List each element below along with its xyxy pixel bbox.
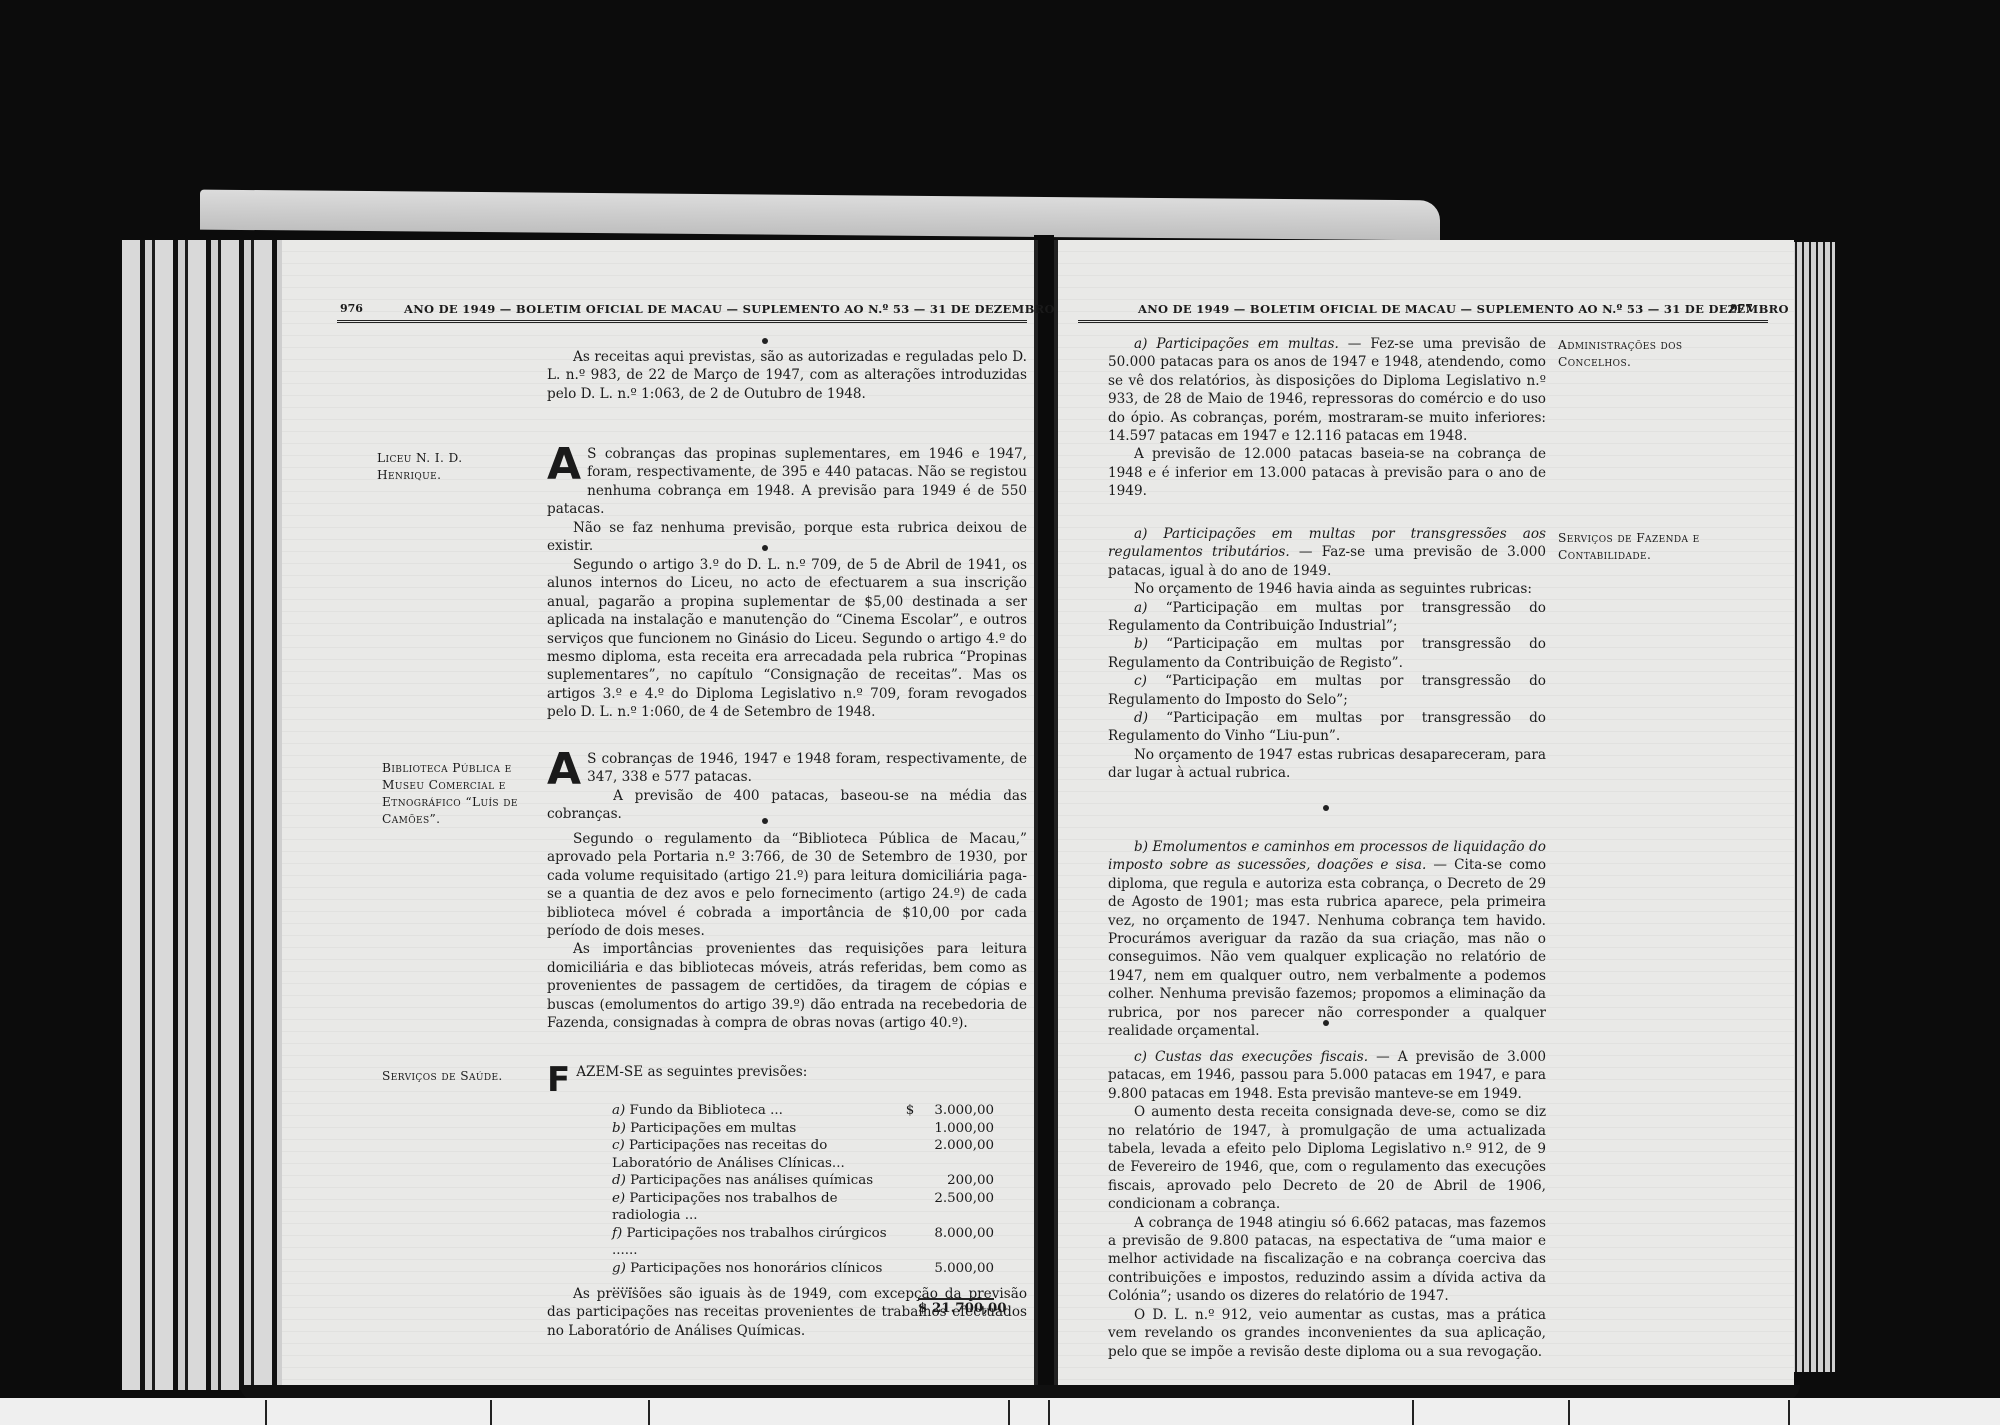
- section-liceu: AS cobranças das propinas suplementares,…: [547, 445, 1027, 555]
- paragraph: c) “Participação em multas por transgres…: [1108, 672, 1546, 709]
- rail-tick: [1412, 1400, 1414, 1425]
- section-bullet: [1323, 805, 1329, 811]
- dropcap: A: [547, 447, 581, 483]
- side-heading-saude: Serviços de Saúde.: [382, 1068, 532, 1085]
- header-rule: [1078, 320, 1768, 323]
- side-heading-biblioteca: Biblioteca Pública e Museu Comercial e E…: [382, 760, 532, 828]
- section-bullet: [762, 545, 768, 551]
- table-row: d) Participações nas análises químicas20…: [612, 1172, 994, 1190]
- item-amount: 1.000,00: [918, 1120, 994, 1138]
- section-biblioteca: AS cobranças de 1946, 1947 e 1948 foram,…: [547, 750, 1027, 824]
- scanner-rail: [0, 1398, 2000, 1425]
- section-bullet: [762, 818, 768, 824]
- currency-sign: [902, 1120, 918, 1138]
- paragraph: a) Participações em multas. — Fez-se uma…: [1108, 335, 1546, 445]
- saude-closing: As previsões são iguais às de 1949, com …: [547, 1285, 1027, 1340]
- running-head: ANO DE 1949 — BOLETIM OFICIAL DE MACAU —…: [1138, 302, 1789, 316]
- page-number: 977: [1730, 302, 1753, 315]
- intro-paragraph: As receitas aqui previstas, são as autor…: [547, 348, 1027, 403]
- item-label: e) Participações nos trabalhos de radiol…: [612, 1190, 902, 1225]
- paragraph: O D. L. n.º 912, veio aumentar as custas…: [1108, 1306, 1546, 1361]
- section-bullet: [1323, 1020, 1329, 1026]
- item-label: d) Participações nas análises químicas: [612, 1172, 902, 1190]
- paragraph: O aumento desta receita consignada deve-…: [1108, 1103, 1546, 1213]
- page-stack-right: [1790, 242, 1835, 1372]
- dropcap: F: [547, 1065, 570, 1095]
- section-emolumentos: b) Emolumentos e caminhos em processos d…: [1108, 838, 1546, 1040]
- paragraph: A cobrança de 1948 atingiu só 6.662 pata…: [1108, 1214, 1546, 1306]
- paragraph: No orçamento de 1947 estas rubricas desa…: [1108, 746, 1546, 783]
- book-top-edge: [200, 190, 1440, 241]
- table-row: f) Participações nos trabalhos cirúrgico…: [612, 1225, 994, 1260]
- section-custas: c) Custas das execuções fiscais. — A pre…: [1108, 1048, 1546, 1361]
- rail-tick: [1568, 1400, 1570, 1425]
- currency-sign: [902, 1137, 918, 1172]
- item-amount: 8.000,00: [918, 1225, 994, 1260]
- paragraph: b) “Participação em multas por transgres…: [1108, 635, 1546, 672]
- rail-tick: [1788, 1400, 1790, 1425]
- page-number: 976: [340, 302, 363, 315]
- section-bullet: [762, 338, 768, 344]
- section-fazenda: a) Participações em multas por transgres…: [1108, 525, 1546, 783]
- liceu-detail: Segundo o artigo 3.º do D. L. n.º 709, d…: [547, 556, 1027, 722]
- side-heading-concelhos: Administrações dos Concelhos.: [1558, 337, 1708, 371]
- page-stack-left: [122, 240, 282, 1390]
- paragraph: b) Emolumentos e caminhos em processos d…: [1108, 838, 1546, 1040]
- item-amount: 200,00: [918, 1172, 994, 1190]
- table-row: b) Participações em multas1.000,00: [612, 1120, 994, 1138]
- table-row: e) Participações nos trabalhos de radiol…: [612, 1190, 994, 1225]
- item-amount: 3.000,00: [918, 1102, 994, 1120]
- rail-tick: [1048, 1400, 1050, 1425]
- paragraph: No orçamento de 1946 havia ainda as segu…: [1108, 580, 1546, 598]
- header-rule: [337, 320, 1027, 323]
- currency-sign: [902, 1172, 918, 1190]
- paragraph: A previsão de 12.000 patacas baseia-se n…: [1108, 445, 1546, 500]
- left-page: 976 ANO DE 1949 — BOLETIM OFICIAL DE MAC…: [282, 240, 1038, 1385]
- item-label: c) Participações nas receitas do Laborat…: [612, 1137, 902, 1172]
- rail-tick: [490, 1400, 492, 1425]
- rail-tick: [265, 1400, 267, 1425]
- currency-sign: $: [902, 1102, 918, 1120]
- side-heading-fazenda: Serviços de Fazenda e Contabilidade.: [1558, 530, 1708, 564]
- paragraph: d) “Participação em multas por transgres…: [1108, 709, 1546, 746]
- rail-tick: [1008, 1400, 1010, 1425]
- biblioteca-detail: Segundo o regulamento da “Biblioteca Púb…: [547, 830, 1027, 1032]
- table-row: c) Participações nas receitas do Laborat…: [612, 1137, 994, 1172]
- item-label: b) Participações em multas: [612, 1120, 902, 1138]
- currency-sign: [902, 1225, 918, 1260]
- running-head: ANO DE 1949 — BOLETIM OFICIAL DE MACAU —…: [404, 302, 1055, 316]
- right-page: ANO DE 1949 — BOLETIM OFICIAL DE MACAU —…: [1054, 240, 1794, 1385]
- currency-sign: [902, 1190, 918, 1225]
- dropcap: A: [547, 752, 581, 788]
- item-amount: 2.500,00: [918, 1190, 994, 1225]
- table-row: a) Fundo da Biblioteca ...$3.000,00: [612, 1102, 994, 1120]
- paragraph: c) Custas das execuções fiscais. — A pre…: [1108, 1048, 1546, 1103]
- section-concelhos: a) Participações em multas. — Fez-se uma…: [1108, 335, 1546, 501]
- paragraph: a) “Participação em multas por transgres…: [1108, 599, 1546, 636]
- side-heading-liceu: Liceu N. I. D. Henrique.: [377, 450, 527, 484]
- rail-tick: [648, 1400, 650, 1425]
- item-amount: 2.000,00: [918, 1137, 994, 1172]
- saude-lead: FAZEM-SE as seguintes previsões:: [547, 1063, 1027, 1095]
- item-label: f) Participações nos trabalhos cirúrgico…: [612, 1225, 902, 1260]
- item-label: a) Fundo da Biblioteca ...: [612, 1102, 902, 1120]
- paragraph: a) Participações em multas por transgres…: [1108, 525, 1546, 580]
